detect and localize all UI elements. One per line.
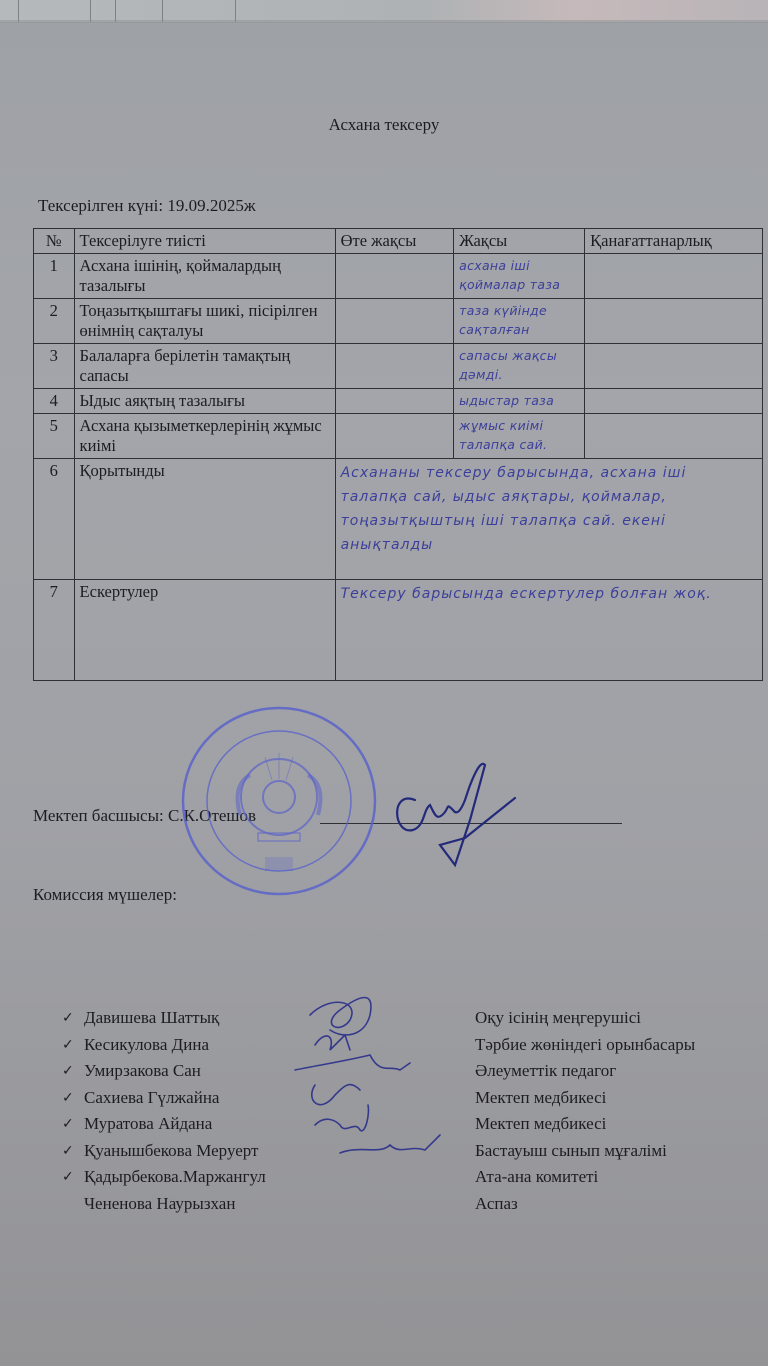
member-name: Чененова Наурызхан [84, 1191, 498, 1218]
background-strip [0, 0, 768, 22]
conclusion-handwritten: Асхананы тексеру барысында, асхана іші т… [335, 459, 762, 580]
row-excellent [335, 414, 454, 459]
member-role: Ата-ана комитеті [475, 1164, 695, 1191]
member-signatures-icon [290, 985, 460, 1175]
table-row-conclusion: 6 Қорытынды Асхананы тексеру барысында, … [34, 459, 763, 580]
row-item: Асхана қызыметкерлерінің жұмыс киімі [74, 414, 335, 459]
inspection-table: № Тексерілуге тиісті Өте жақсы Жақсы Қан… [33, 228, 763, 681]
member-role: Әлеуметтік педагог [475, 1058, 695, 1085]
row-number: 4 [34, 389, 75, 414]
row-excellent [335, 254, 454, 299]
row-satisfactory [585, 414, 763, 459]
remarks-handwritten: Тексеру барысында ескертулер болған жоқ. [335, 580, 762, 681]
table-header-row: № Тексерілуге тиісті Өте жақсы Жақсы Қан… [34, 229, 763, 254]
row-number: 1 [34, 254, 75, 299]
table-row: 2 Тоңазытқыштағы шикі, пісірілген өнімні… [34, 299, 763, 344]
header-item: Тексерілуге тиісті [74, 229, 335, 254]
member-role: Бастауыш сынып мұғалімі [475, 1138, 695, 1165]
checkmark-icon: ✓ [62, 1085, 84, 1112]
list-item: Чененова Наурызхан [62, 1191, 498, 1218]
row-number: 6 [34, 459, 75, 580]
row-satisfactory [585, 254, 763, 299]
table-row: 5 Асхана қызыметкерлерінің жұмыс киімі ж… [34, 414, 763, 459]
row-item: Тоңазытқыштағы шикі, пісірілген өнімнің … [74, 299, 335, 344]
row-good-handwritten: жұмыс киімі талапқа сай. [454, 414, 585, 459]
director-signature-icon [385, 760, 525, 870]
member-role: Мектеп медбикесі [475, 1085, 695, 1112]
paper-edge [0, 20, 768, 23]
checkmark-icon: ✓ [62, 1005, 84, 1032]
commission-roles-list: Оқу ісінің меңгерушісі Тәрбие жөніндегі … [475, 1005, 695, 1217]
member-role: Мектеп медбикесі [475, 1111, 695, 1138]
checkmark-icon: ✓ [62, 1058, 84, 1085]
row-good-handwritten: ыдыстар таза [454, 389, 585, 414]
row-number: 5 [34, 414, 75, 459]
header-good: Жақсы [454, 229, 585, 254]
checkmark-icon: ✓ [62, 1032, 84, 1059]
row-excellent [335, 344, 454, 389]
row-number: 7 [34, 580, 75, 681]
row-satisfactory [585, 389, 763, 414]
table-row-remarks: 7 Ескертулер Тексеру барысында ескертуле… [34, 580, 763, 681]
member-role: Тәрбие жөніндегі орынбасары [475, 1032, 695, 1059]
checkmark-icon: ✓ [62, 1138, 84, 1165]
row-item: Асхана ішінің, қоймалардың тазалығы [74, 254, 335, 299]
inspection-date: Тексерілген күні: 19.09.2025ж [38, 196, 256, 216]
row-item: Балаларға берілетін тамақтың сапасы [74, 344, 335, 389]
header-satisfactory: Қанағаттанарлық [585, 229, 763, 254]
table-row: 4 Ыдыс аяқтың тазалығы ыдыстар таза [34, 389, 763, 414]
row-item: Қорытынды [74, 459, 335, 580]
checkmark-icon: ✓ [62, 1164, 84, 1191]
row-number: 2 [34, 299, 75, 344]
header-number: № [34, 229, 75, 254]
row-good-handwritten: сапасы жақсы дәмді. [454, 344, 585, 389]
row-good-handwritten: асхана іші қоймалар таза [454, 254, 585, 299]
row-good-handwritten: таза күйінде сақталған [454, 299, 585, 344]
commission-label: Комиссия мүшелер: [33, 885, 177, 905]
row-satisfactory [585, 344, 763, 389]
row-number: 3 [34, 344, 75, 389]
row-item: Ескертулер [74, 580, 335, 681]
header-excellent: Өте жақсы [335, 229, 454, 254]
document-title: Асхана тексеру [0, 115, 768, 135]
row-item: Ыдыс аяқтың тазалығы [74, 389, 335, 414]
row-excellent [335, 389, 454, 414]
row-excellent [335, 299, 454, 344]
row-satisfactory [585, 299, 763, 344]
table-row: 3 Балаларға берілетін тамақтың сапасы са… [34, 344, 763, 389]
checkmark-icon: ✓ [62, 1111, 84, 1138]
member-role: Аспаз [475, 1191, 695, 1218]
table-row: 1 Асхана ішінің, қоймалардың тазалығы ас… [34, 254, 763, 299]
official-stamp-icon [180, 705, 378, 898]
member-role: Оқу ісінің меңгерушісі [475, 1005, 695, 1032]
